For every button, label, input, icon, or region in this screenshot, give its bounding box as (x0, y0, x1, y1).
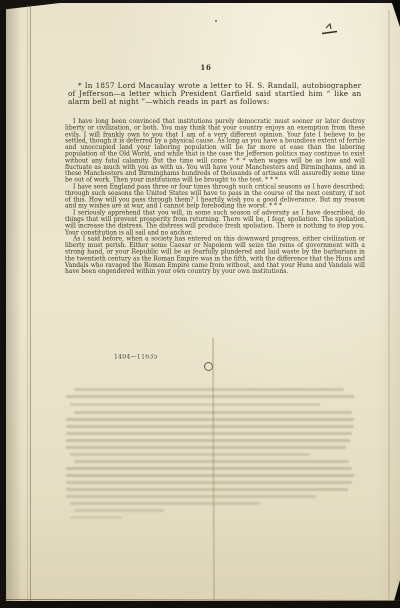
quote-paragraph: I seriously apprehend that you will, in … (65, 210, 365, 236)
quote-paragraphs: I have long been convinced that institut… (65, 119, 365, 276)
quote-paragraph: I have long been convinced that institut… (65, 119, 365, 184)
quote-paragraph: As I said before, when a society has ent… (65, 237, 365, 276)
paper-sheet: 16 * In 1857 Lord Macaulay wrote a lette… (6, 0, 400, 601)
ring-mark (204, 362, 213, 371)
footnote-introduction: * In 1857 Lord Macaulay wrote a letter t… (68, 82, 361, 106)
quote-paragraph: I have seen England pass three or four t… (65, 184, 365, 210)
page-number: 16 (6, 64, 400, 72)
scanned-book-page: 16 * In 1857 Lord Macaulay wrote a lette… (0, 0, 400, 608)
printers-code: 1404—11635 (114, 354, 158, 361)
